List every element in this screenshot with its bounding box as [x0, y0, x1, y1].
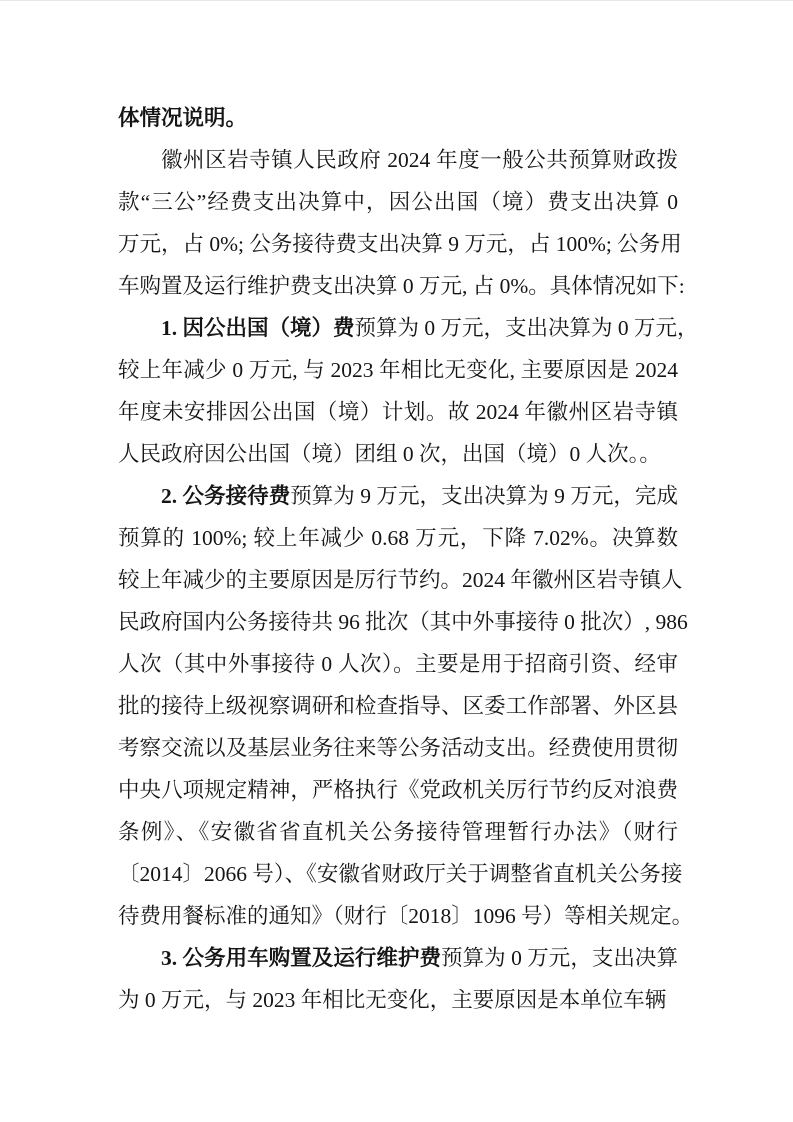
- document-body: 体情况说明。徽州区岩寺镇人民政府 2024 年度一般公共预算财政拨款“三公”经费…: [118, 97, 678, 1021]
- document-page: 体情况说明。徽州区岩寺镇人民政府 2024 年度一般公共预算财政拨款“三公”经费…: [0, 0, 793, 1122]
- body-text-run: 款“三公”经费支出决算中，因公出国（境）费支出决算 0: [118, 190, 678, 214]
- body-text-run: 年度未安排因公出国（境）计划。故 2024 年徽州区岩寺镇: [118, 400, 678, 424]
- body-text-run: 中央八项规定精神，严格执行《党政机关厉行节约反对浪费: [118, 778, 678, 802]
- text-line: 预算的 100%; 较上年减少 0.68 万元，下降 7.02%。决算数: [118, 517, 678, 559]
- text-line: 中央八项规定精神，严格执行《党政机关厉行节约反对浪费: [118, 769, 678, 811]
- text-line: 体情况说明。: [118, 97, 678, 139]
- body-text-run: 人民政府因公出国（境）团组 0 次，出国（境）0 人次。。: [118, 442, 661, 466]
- text-line: 待费用餐标准的通知》（财行〔2018〕1096 号）等相关规定。: [118, 895, 678, 937]
- text-line: 〔2014〕2066 号）、《安徽省财政厅关于调整省直机关公务接: [118, 853, 678, 895]
- body-text-run: 人次（其中外事接待 0 人次）。主要是用于招商引资、经审: [118, 652, 678, 676]
- text-line: 年度未安排因公出国（境）计划。故 2024 年徽州区岩寺镇: [118, 391, 678, 433]
- section-heading-run: 2. 公务接待费: [161, 484, 290, 508]
- body-text-run: 预算为 9 万元，支出决算为 9 万元，完成: [290, 484, 678, 508]
- text-line: 考察交流以及基层业务往来等公务活动支出。经费使用贯彻: [118, 727, 678, 769]
- body-text-run: 预算的 100%; 较上年减少 0.68 万元，下降 7.02%。决算数: [118, 526, 678, 550]
- text-line: 民政府国内公务接待共 96 批次（其中外事接待 0 批次）, 986: [118, 601, 678, 643]
- text-line: 1. 因公出国（境）费预算为 0 万元，支出决算为 0 万元，: [118, 307, 678, 349]
- section-heading-run: 3. 公务用车购置及运行维护费: [161, 946, 441, 970]
- text-line: 徽州区岩寺镇人民政府 2024 年度一般公共预算财政拨: [118, 139, 678, 181]
- body-text-run: 徽州区岩寺镇人民政府 2024 年度一般公共预算财政拨: [161, 148, 678, 172]
- body-text-run: 较上年减少 0 万元, 与 2023 年相比无变化, 主要原因是 2024: [118, 358, 678, 382]
- body-text-run: 待费用餐标准的通知》（财行〔2018〕1096 号）等相关规定。: [118, 904, 693, 928]
- text-line: 为 0 万元，与 2023 年相比无变化，主要原因是本单位车辆: [118, 979, 678, 1021]
- text-line: 车购置及运行维护费支出决算 0 万元, 占 0%。具体情况如下:: [118, 265, 678, 307]
- text-line: 较上年减少的主要原因是厉行节约。2024 年徽州区岩寺镇人: [118, 559, 678, 601]
- body-text-run: 条例》、《安徽省省直机关公务接待管理暂行办法》（财行: [118, 820, 678, 844]
- body-text-run: 较上年减少的主要原因是厉行节约。2024 年徽州区岩寺镇人: [118, 568, 682, 592]
- text-line: 批的接待上级视察调研和检查指导、区委工作部署、外区县: [118, 685, 678, 727]
- text-line: 人民政府因公出国（境）团组 0 次，出国（境）0 人次。。: [118, 433, 678, 475]
- text-line: 万元，占 0%; 公务接待费支出决算 9 万元，占 100%; 公务用: [118, 223, 678, 265]
- body-text-run: 考察交流以及基层业务往来等公务活动支出。经费使用贯彻: [118, 736, 678, 760]
- body-text-run: 万元，占 0%; 公务接待费支出决算 9 万元，占 100%; 公务用: [118, 232, 682, 256]
- text-line: 款“三公”经费支出决算中，因公出国（境）费支出决算 0: [118, 181, 678, 223]
- text-line: 3. 公务用车购置及运行维护费预算为 0 万元，支出决算: [118, 937, 678, 979]
- section-heading-run: 1. 因公出国（境）费: [161, 316, 355, 340]
- text-line: 较上年减少 0 万元, 与 2023 年相比无变化, 主要原因是 2024: [118, 349, 678, 391]
- body-text-run: 为 0 万元，与 2023 年相比无变化，主要原因是本单位车辆: [118, 988, 666, 1012]
- body-text-run: 〔2014〕2066 号）、《安徽省财政厅关于调整省直机关公务接: [118, 862, 682, 886]
- body-text-run: 预算为 0 万元，支出决算: [441, 946, 678, 970]
- body-text-run: 车购置及运行维护费支出决算 0 万元, 占 0%。具体情况如下:: [118, 274, 685, 298]
- body-text-run: 批的接待上级视察调研和检查指导、区委工作部署、外区县: [118, 694, 678, 718]
- body-text-run: 预算为 0 万元，支出决算为 0 万元，: [355, 316, 699, 340]
- text-line: 2. 公务接待费预算为 9 万元，支出决算为 9 万元，完成: [118, 475, 678, 517]
- text-line: 条例》、《安徽省省直机关公务接待管理暂行办法》（财行: [118, 811, 678, 853]
- body-text-run: 民政府国内公务接待共 96 批次（其中外事接待 0 批次）, 986: [118, 610, 688, 634]
- section-heading-run: 体情况说明。: [118, 106, 247, 130]
- text-line: 人次（其中外事接待 0 人次）。主要是用于招商引资、经审: [118, 643, 678, 685]
